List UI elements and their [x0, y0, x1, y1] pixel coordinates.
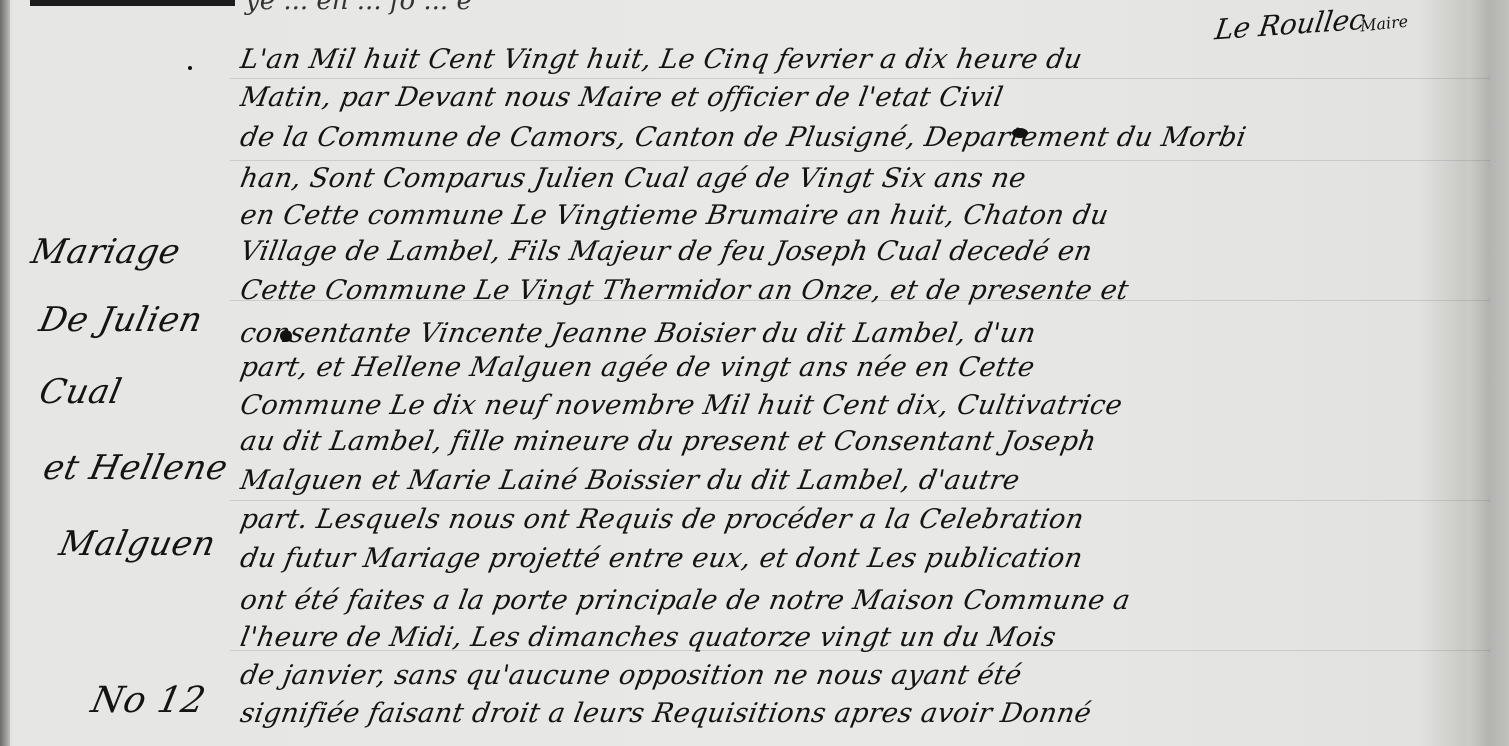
margin-bride-first: et Hellene: [40, 448, 232, 488]
act-line: en Cette commune Le Vingtieme Brumaire a…: [237, 200, 1469, 238]
act-line: Commune Le dix neuf novembre Mil huit Ce…: [237, 390, 1469, 428]
act-line: de janvier, sans qu'aucune opposition ne…: [237, 660, 1469, 698]
margin-bride-last: Malguen: [56, 524, 220, 564]
page-binding-edge: [0, 0, 10, 746]
act-line: part, et Hellene Malguen agée de vingt a…: [237, 352, 1469, 390]
act-line: signifiée faisant droit a leurs Requisit…: [237, 698, 1469, 736]
ink-blot: [280, 330, 292, 342]
ink-blot: [1012, 128, 1028, 138]
act-line: ont été faites a la porte principale de …: [237, 585, 1469, 623]
act-number: No 12: [88, 680, 210, 721]
mayor-title: Maire: [1359, 12, 1409, 36]
act-line: l'heure de Midi, Les dimanches quatorze …: [237, 622, 1469, 660]
act-line: Village de Lambel, Fils Majeur de feu Jo…: [237, 236, 1469, 274]
register-page: ye ... en ... fo ... e Le Roullec Maire …: [0, 0, 1509, 746]
act-line: L'an Mil huit Cent Vingt huit, Le Cinq f…: [237, 44, 1469, 82]
act-line: Matin, par Devant nous Maire et officier…: [237, 82, 1469, 120]
margin-title: Mariage: [28, 232, 184, 272]
act-line: au dit Lambel, fille mineure du present …: [237, 426, 1469, 464]
previous-act-tail: ye ... en ... fo ... e: [245, 0, 472, 16]
section-separator-rule: [30, 0, 235, 6]
act-line: du futur Mariage projetté entre eux, et …: [237, 543, 1469, 581]
margin-groom-first: De Julien: [36, 300, 206, 340]
act-line: han, Sont Comparus Julien Cual agé de Vi…: [237, 163, 1469, 201]
act-line: de la Commune de Camors, Canton de Plusi…: [237, 122, 1469, 160]
ruled-line: [230, 160, 1490, 161]
act-line: Malguen et Marie Lainé Boissier du dit L…: [237, 465, 1469, 503]
act-line: part. Lesquels nous ont Requis de procéd…: [237, 504, 1469, 542]
ink-speck: [188, 66, 192, 70]
act-line: consentante Vincente Jeanne Boisier du d…: [237, 318, 1469, 356]
mayor-signature: Le Roullec: [1213, 3, 1368, 47]
act-line: Cette Commune Le Vingt Thermidor an Onze…: [237, 275, 1469, 313]
page-fold-shadow: [1469, 0, 1509, 746]
margin-groom-last: Cual: [36, 372, 126, 412]
